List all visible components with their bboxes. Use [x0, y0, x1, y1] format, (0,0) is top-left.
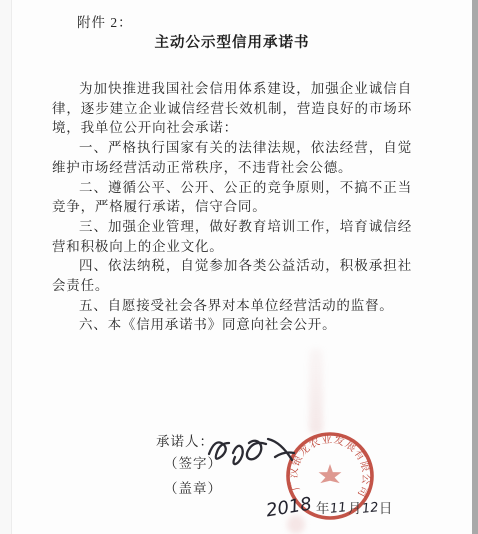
month-unit: 月 [348, 497, 362, 517]
paragraph-item-3: 三、加强企业管理，做好教育培训工作，培育诚信经营和积极向上的企业文化。 [52, 217, 412, 256]
attachment-label: 附件 2： [77, 11, 133, 31]
scrollbar[interactable] [472, 0, 478, 534]
document-body: 为加快推进我国社会信用体系建设，加强企业诚信自律，逐步建立企业诚信经营长效机制，… [52, 79, 412, 335]
handwritten-signature [205, 430, 300, 474]
seal-star-icon [319, 464, 342, 483]
paragraph-item-6: 六、本《信用承诺书》同意向社会公开。 [52, 315, 412, 335]
day-unit: 日 [379, 497, 393, 517]
handwritten-day: 12 [362, 500, 380, 517]
paragraph-item-4: 四、依法纳税，自觉参加各类公益活动，积极承担社会责任。 [52, 256, 412, 295]
handwritten-year: 2018 [265, 494, 314, 522]
handwritten-month: 11 [330, 500, 348, 517]
scan-left-margin [0, 0, 12, 534]
paragraph-intro: 为加快推进我国社会信用体系建设，加强企业诚信自律，逐步建立企业诚信经营长效机制，… [52, 79, 412, 138]
paragraph-item-2: 二、遵循公平、公开、公正的竞争原则，不搞不正当竞争，严格履行承诺，信守合同。 [52, 178, 412, 217]
scan-smudge [309, 348, 323, 434]
scanned-document-page: 附件 2： 主动公示型信用承诺书 为加快推进我国社会信用体系建设，加强企业诚信自… [0, 0, 478, 534]
date-line: 2018 年 11 月 12 日 [266, 497, 392, 518]
seal-here-label: （盖章） [164, 477, 222, 497]
paragraph-item-5: 五、自愿接受社会各界对本单位经营活动的监督。 [52, 296, 412, 316]
year-unit: 年 [316, 497, 330, 517]
document-title: 主动公示型信用承诺书 [52, 31, 412, 52]
paragraph-item-1: 一、严格执行国家有关的法律法规，依法经营，自觉维护市场经营活动正常秩序，不违背社… [52, 138, 412, 177]
